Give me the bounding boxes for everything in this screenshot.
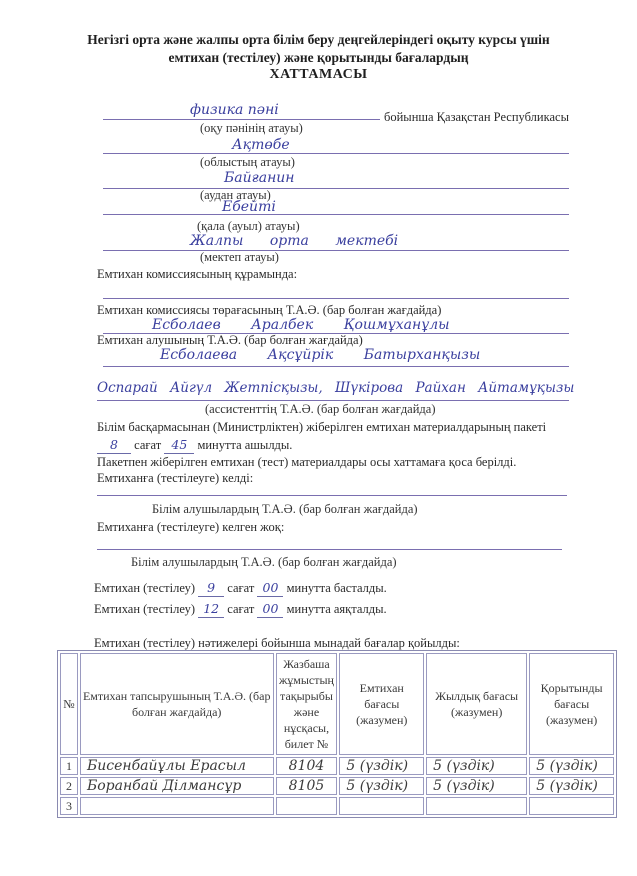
end-hour-label: сағат	[227, 602, 254, 616]
end-minute-field[interactable]: 00	[257, 601, 283, 618]
package-attached-text: Пакетпен жіберілген емтихан (тест) матер…	[97, 455, 516, 470]
table-row: 2 Боранбай Ділмансұр 8105 5 (үздік) 5 (ү…	[60, 777, 614, 795]
start-hour-field[interactable]: 9	[198, 580, 224, 597]
column-header-number: №	[60, 653, 78, 755]
exam-grade-cell[interactable]: 5 (үздік)	[339, 757, 424, 775]
subject-value[interactable]: физика пәні	[190, 102, 279, 118]
region-line	[103, 153, 569, 154]
district-value[interactable]: Байғанин	[224, 170, 295, 186]
school-line	[103, 250, 569, 251]
student-name-cell[interactable]	[80, 797, 274, 815]
ticket-cell[interactable]: 8104	[276, 757, 338, 775]
student-name-cell[interactable]: Бисенбайұлы Ерасыл	[80, 757, 274, 775]
chair-label: Емтихан комиссиясы төрағасының Т.А.Ә. (б…	[97, 303, 441, 318]
start-hour-label: сағат	[227, 581, 254, 595]
row-number: 1	[60, 757, 78, 775]
package-hour-field[interactable]: 8	[97, 437, 131, 454]
column-header-exam-grade: Емтихан бағасы (жазумен)	[339, 653, 424, 755]
present-line[interactable]	[97, 495, 567, 496]
absent-line[interactable]	[97, 549, 562, 550]
column-header-annual-grade: Жылдық бағасы (жазумен)	[426, 653, 527, 755]
column-header-ticket: Жазбаша жұмыстың тақырыбы және нұсқасы, …	[276, 653, 338, 755]
city-value[interactable]: Ебейті	[222, 199, 276, 215]
annual-grade-cell[interactable]	[426, 797, 527, 815]
region-caption: (облыстың атауы)	[200, 155, 295, 170]
end-suffix: минутта аяқталды.	[287, 602, 387, 616]
subject-suffix: бойынша Қазақстан Республикасы	[384, 110, 569, 125]
end-prefix: Емтихан (тестілеу)	[94, 602, 195, 616]
end-hour-field[interactable]: 12	[198, 601, 224, 618]
results-table: № Емтихан тапсырушының Т.А.Ә. (бар болға…	[57, 650, 617, 818]
package-minute-field[interactable]: 45	[164, 437, 194, 454]
document-title-line-2: емтихан (тестілеу) және қорытынды бағала…	[0, 50, 637, 66]
start-suffix: минутта басталды.	[287, 581, 387, 595]
document-title: ХАТТАМАСЫ	[0, 67, 637, 83]
city-caption: (қала (ауыл) атауы)	[197, 219, 300, 234]
examiner-label: Емтихан алушының Т.А.Ә. (бар болған жағд…	[97, 333, 363, 348]
absent-caption: Білім алушылардың Т.А.Ә. (бар болған жағ…	[131, 555, 397, 570]
region-value[interactable]: Ақтөбе	[232, 137, 290, 153]
present-caption: Білім алушылардың Т.А.Ә. (бар болған жағ…	[152, 502, 418, 517]
examiner-value[interactable]: Есболаева Ақсұйрік Батырханқызы	[160, 347, 480, 363]
column-header-final-grade: Қорытынды бағасы (жазумен)	[529, 653, 614, 755]
city-line	[103, 214, 569, 215]
student-name-cell[interactable]: Боранбай Ділмансұр	[80, 777, 274, 795]
exam-grade-cell[interactable]	[339, 797, 424, 815]
present-label: Емтиханға (тестілеуге) келді:	[97, 471, 253, 486]
row-number: 2	[60, 777, 78, 795]
school-caption: (мектеп атауы)	[200, 250, 279, 265]
start-time-row: Емтихан (тестілеу) 9 сағат 00 минутта ба…	[94, 580, 387, 597]
subject-line	[103, 119, 380, 120]
results-intro: Емтихан (тестілеу) нәтижелері бойынша мы…	[94, 636, 460, 651]
table-row: 3	[60, 797, 614, 815]
final-grade-cell[interactable]	[529, 797, 614, 815]
package-text: Білім басқармасынан (Министрліктен) жібе…	[97, 420, 546, 435]
school-value[interactable]: Жалпы орта мектебі	[190, 233, 398, 249]
ticket-cell[interactable]: 8105	[276, 777, 338, 795]
district-line	[103, 188, 569, 189]
table-row: 1 Бисенбайұлы Ерасыл 8104 5 (үздік) 5 (ү…	[60, 757, 614, 775]
hour-label: сағат	[134, 438, 161, 452]
annual-grade-cell[interactable]: 5 (үздік)	[426, 777, 527, 795]
annual-grade-cell[interactable]: 5 (үздік)	[426, 757, 527, 775]
end-time-row: Емтихан (тестілеу) 12 сағат 00 минутта а…	[94, 601, 387, 618]
start-prefix: Емтихан (тестілеу)	[94, 581, 195, 595]
chair-value[interactable]: Есболаев Аралбек Қошмұханұлы	[152, 317, 450, 333]
start-minute-field[interactable]: 00	[257, 580, 283, 597]
absent-label: Емтиханға (тестілеуге) келген жоқ:	[97, 520, 284, 535]
commission-heading: Емтихан комиссиясының құрамында:	[97, 267, 297, 282]
document-title-line-1: Негізгі орта және жалпы орта білім беру …	[0, 32, 637, 48]
commission-line	[103, 298, 569, 299]
final-grade-cell[interactable]: 5 (үздік)	[529, 757, 614, 775]
minute-label: минутта ашылды.	[197, 438, 292, 452]
assistants-caption: (ассистенттің Т.А.Ә. (бар болған жағдайд…	[205, 402, 436, 417]
final-grade-cell[interactable]: 5 (үздік)	[529, 777, 614, 795]
subject-caption: (оқу пәнінің атауы)	[200, 121, 303, 136]
table-header-row: № Емтихан тапсырушының Т.А.Ә. (бар болға…	[60, 653, 614, 755]
column-header-student-name: Емтихан тапсырушының Т.А.Ә. (бар болған …	[80, 653, 274, 755]
assistants-value[interactable]: Оспарай Айгүл Жетпісқызы, Шүкірова Райха…	[97, 380, 574, 396]
examiner-line	[103, 366, 569, 367]
row-number: 3	[60, 797, 78, 815]
assistants-line	[97, 400, 569, 401]
ticket-cell[interactable]	[276, 797, 338, 815]
exam-grade-cell[interactable]: 5 (үздік)	[339, 777, 424, 795]
